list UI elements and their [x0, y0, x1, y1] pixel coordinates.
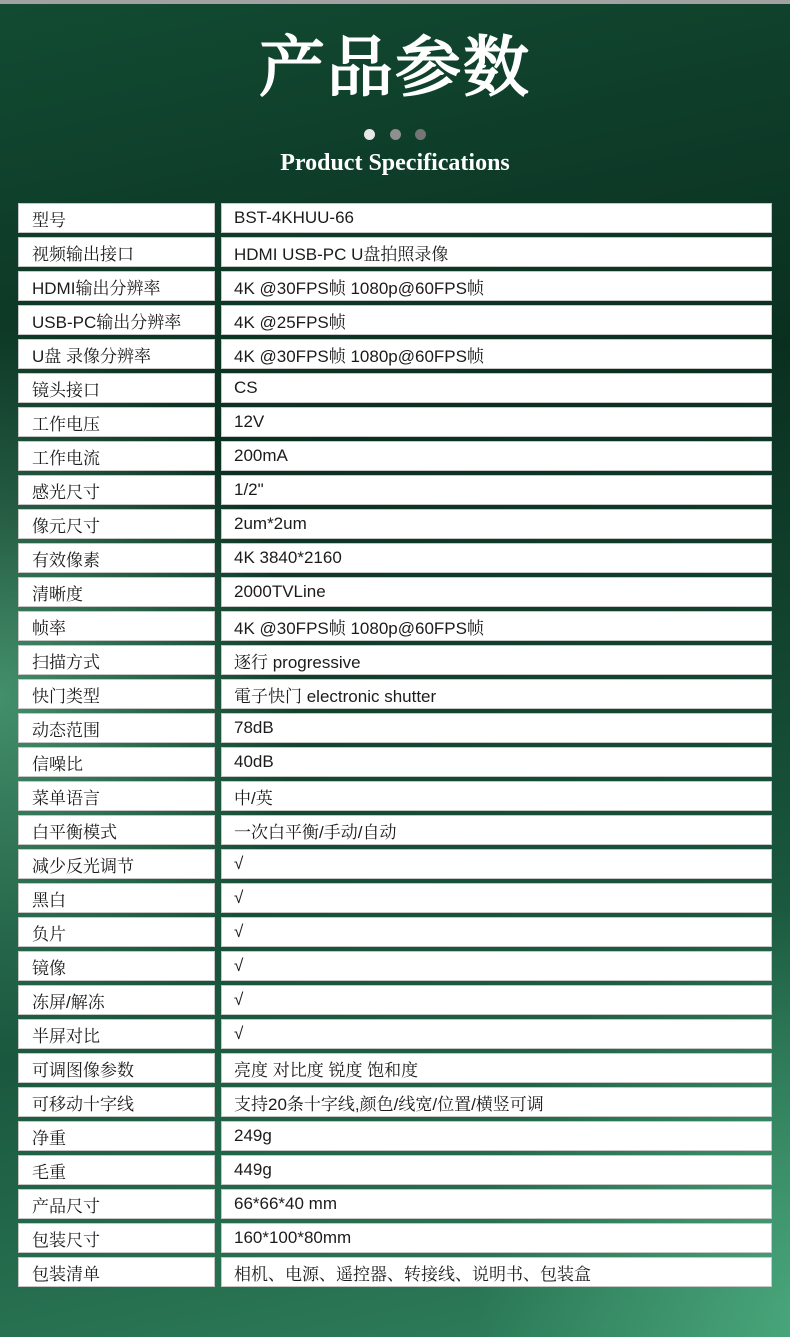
spec-value: 66*66*40 mm: [221, 1189, 772, 1219]
spec-row: 包装清单 相机、电源、遥控器、转接线、说明书、包装盒: [18, 1257, 772, 1287]
spec-value: 200mA: [221, 441, 772, 471]
spec-row: 半屏对比 √: [18, 1019, 772, 1049]
spec-row: 可移动十字线 支持20条十字线,颜色/线宽/位置/横竖可调: [18, 1087, 772, 1117]
spec-label: 感光尺寸: [18, 475, 215, 505]
carousel-dot-3: [415, 129, 426, 140]
spec-row: 毛重 449g: [18, 1155, 772, 1185]
spec-label: 菜单语言: [18, 781, 215, 811]
spec-value: 78dB: [221, 713, 772, 743]
spec-row: 镜像 √: [18, 951, 772, 981]
spec-value: 4K 3840*2160: [221, 543, 772, 573]
spec-value: 一次白平衡/手动/自动: [221, 815, 772, 845]
spec-label: 清晰度: [18, 577, 215, 607]
spec-label: 镜像: [18, 951, 215, 981]
spec-label: 工作电压: [18, 407, 215, 437]
spec-label: 快门类型: [18, 679, 215, 709]
spec-row: 信噪比 40dB: [18, 747, 772, 777]
spec-label: 减少反光调节: [18, 849, 215, 879]
spec-value: √: [221, 951, 772, 981]
spec-row: 产品尺寸 66*66*40 mm: [18, 1189, 772, 1219]
spec-label: 视频输出接口: [18, 237, 215, 267]
spec-value: 449g: [221, 1155, 772, 1185]
spec-value: HDMI USB-PC U盘拍照录像: [221, 237, 772, 267]
spec-value: √: [221, 883, 772, 913]
spec-label: USB-PC输出分辨率: [18, 305, 215, 335]
spec-value: 4K @30FPS帧 1080p@60FPS帧: [221, 611, 772, 641]
spec-value: 電子快门 electronic shutter: [221, 679, 772, 709]
spec-row: 动态范围 78dB: [18, 713, 772, 743]
spec-row: 视频输出接口 HDMI USB-PC U盘拍照录像: [18, 237, 772, 267]
spec-row: 白平衡模式 一次白平衡/手动/自动: [18, 815, 772, 845]
spec-row: U盘 录像分辨率 4K @30FPS帧 1080p@60FPS帧: [18, 339, 772, 369]
spec-label: 工作电流: [18, 441, 215, 471]
spec-label: 半屏对比: [18, 1019, 215, 1049]
spec-row: 帧率 4K @30FPS帧 1080p@60FPS帧: [18, 611, 772, 641]
top-gray-bar: [0, 0, 790, 4]
spec-row: 减少反光调节 √: [18, 849, 772, 879]
spec-value: 4K @25FPS帧: [221, 305, 772, 335]
spec-row: 可调图像参数 亮度 对比度 锐度 饱和度: [18, 1053, 772, 1083]
spec-value: BST-4KHUU-66: [221, 203, 772, 233]
spec-value: 4K @30FPS帧 1080p@60FPS帧: [221, 271, 772, 301]
spec-row: 清晰度 2000TVLine: [18, 577, 772, 607]
spec-label: 净重: [18, 1121, 215, 1151]
spec-value: 2um*2um: [221, 509, 772, 539]
spec-value: 亮度 对比度 锐度 饱和度: [221, 1053, 772, 1083]
spec-value: √: [221, 1019, 772, 1049]
spec-row: 冻屏/解冻 √: [18, 985, 772, 1015]
carousel-dot-1: [364, 129, 375, 140]
spec-value: 中/英: [221, 781, 772, 811]
spec-value: √: [221, 917, 772, 947]
spec-row: 工作电压 12V: [18, 407, 772, 437]
spec-label: 可调图像参数: [18, 1053, 215, 1083]
spec-label: 信噪比: [18, 747, 215, 777]
spec-label: U盘 录像分辨率: [18, 339, 215, 369]
spec-row: 型号 BST-4KHUU-66: [18, 203, 772, 233]
spec-value: 支持20条十字线,颜色/线宽/位置/横竖可调: [221, 1087, 772, 1117]
spec-value: 1/2": [221, 475, 772, 505]
spec-label: 镜头接口: [18, 373, 215, 403]
spec-value: √: [221, 849, 772, 879]
spec-value: 12V: [221, 407, 772, 437]
spec-value: 4K @30FPS帧 1080p@60FPS帧: [221, 339, 772, 369]
spec-label: 白平衡模式: [18, 815, 215, 845]
spec-label: 可移动十字线: [18, 1087, 215, 1117]
spec-row: 快门类型 電子快门 electronic shutter: [18, 679, 772, 709]
spec-value: 160*100*80mm: [221, 1223, 772, 1253]
spec-row: 像元尺寸 2um*2um: [18, 509, 772, 539]
spec-label: 动态范围: [18, 713, 215, 743]
spec-label: 毛重: [18, 1155, 215, 1185]
spec-label: HDMI输出分辨率: [18, 271, 215, 301]
spec-label: 包装清单: [18, 1257, 215, 1287]
spec-row: 感光尺寸 1/2": [18, 475, 772, 505]
spec-row: HDMI输出分辨率 4K @30FPS帧 1080p@60FPS帧: [18, 271, 772, 301]
spec-row: USB-PC输出分辨率 4K @25FPS帧: [18, 305, 772, 335]
spec-label: 扫描方式: [18, 645, 215, 675]
spec-value: 40dB: [221, 747, 772, 777]
spec-value: 249g: [221, 1121, 772, 1151]
spec-value: 2000TVLine: [221, 577, 772, 607]
page-title: 产品参数: [0, 32, 790, 103]
spec-row: 扫描方式 逐行 progressive: [18, 645, 772, 675]
spec-row: 负片 √: [18, 917, 772, 947]
spec-value: √: [221, 985, 772, 1015]
spec-label: 帧率: [18, 611, 215, 641]
spec-value: 相机、电源、遥控器、转接线、说明书、包装盒: [221, 1257, 772, 1287]
spec-label: 像元尺寸: [18, 509, 215, 539]
spec-label: 包装尺寸: [18, 1223, 215, 1253]
spec-row: 黑白 √: [18, 883, 772, 913]
page-subtitle: Product Specifications: [0, 150, 790, 177]
spec-label: 冻屏/解冻: [18, 985, 215, 1015]
spec-row: 工作电流 200mA: [18, 441, 772, 471]
spec-table: 型号 BST-4KHUU-66 视频输出接口 HDMI USB-PC U盘拍照录…: [18, 203, 772, 1291]
spec-label: 有效像素: [18, 543, 215, 573]
spec-label: 负片: [18, 917, 215, 947]
spec-label: 产品尺寸: [18, 1189, 215, 1219]
carousel-dots: [0, 129, 790, 140]
spec-label: 黑白: [18, 883, 215, 913]
spec-value: 逐行 progressive: [221, 645, 772, 675]
spec-value: CS: [221, 373, 772, 403]
spec-row: 包装尺寸 160*100*80mm: [18, 1223, 772, 1253]
spec-row: 有效像素 4K 3840*2160: [18, 543, 772, 573]
spec-row: 菜单语言 中/英: [18, 781, 772, 811]
spec-row: 净重 249g: [18, 1121, 772, 1151]
spec-label: 型号: [18, 203, 215, 233]
carousel-dot-2: [390, 129, 401, 140]
spec-row: 镜头接口 CS: [18, 373, 772, 403]
